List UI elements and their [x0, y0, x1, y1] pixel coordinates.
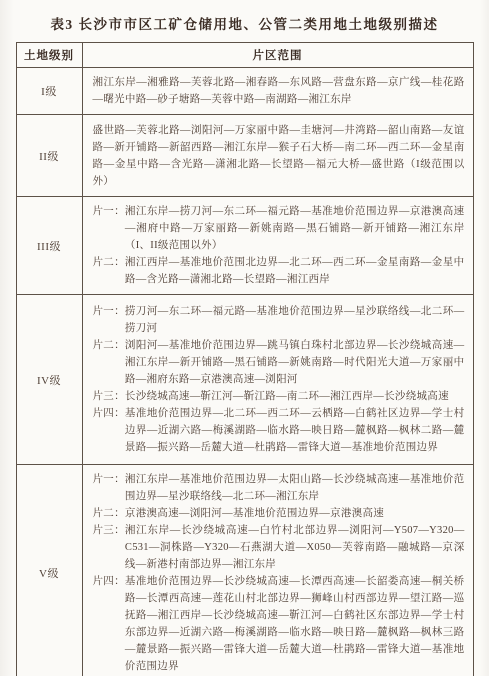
- zone-text: 基准地价范围边界—北二环—西二环—云栖路—白鹤社区边界—学士村边界—近湖六路—梅…: [125, 405, 465, 456]
- zone-text: 湘江西岸—基准地价范围北边界—北二环—西二环—金星南路—金星中路—含光路—潇湘北…: [125, 254, 465, 288]
- zone-item: 盛世路—芙蓉北路—浏阳河—万家丽中路—圭塘河—井湾路—韶山南路—友谊路—新开铺路…: [93, 122, 465, 190]
- table-row-grade-3: III级 片一： 湘江东岸—捞刀河—东二环—福元路—基准地价范围边界—京港澳高速…: [16, 197, 473, 295]
- zone-label: 片二：: [93, 505, 125, 522]
- zone-range-cell: 盛世路—芙蓉北路—浏阳河—万家丽中路—圭塘河—井湾路—韶山南路—友谊路—新开铺路…: [82, 115, 473, 197]
- table-row-grade-4: IV级 片一： 捞刀河—东二环—福元路—基准地价范围边界—星沙联络线—北二环—捞…: [16, 295, 473, 465]
- zone-text: 捞刀河—东二环—福元路—基准地价范围边界—星沙联络线—北二环—捞刀河: [125, 303, 465, 337]
- scanned-page: 表3 长沙市市区工矿仓储用地、公管二类用地土地级别描述 土地级别 片区范围 I级…: [0, 0, 489, 676]
- zone-label: 片三：: [93, 522, 125, 573]
- zone-item: 湘江东岸—湘雅路—芙蓉北路—湘春路—东风路—营盘东路—京广线—桂花路—曙光中路—…: [93, 74, 465, 108]
- zone-text: 长沙绕城高速—靳江河—靳江路—南二环—湘江西岸—长沙绕城高速: [125, 388, 465, 405]
- grade-cell: IV级: [16, 295, 82, 465]
- zone-text: 湘江东岸—长沙绕城高速—白竹村北部边界—浏阳河—Y507—Y320—C531—洞…: [125, 522, 465, 573]
- grade-cell: II级: [16, 115, 82, 197]
- zone-item: 片四： 基准地价范围边界—北二环—西二环—云栖路—白鹤社区边界—学士村边界—近湖…: [93, 405, 465, 456]
- zone-label: 片一：: [93, 203, 125, 254]
- table-header-row: 土地级别 片区范围: [16, 43, 473, 68]
- zone-range-cell: 片一： 捞刀河—东二环—福元路—基准地价范围边界—星沙联络线—北二环—捞刀河 片…: [82, 295, 473, 465]
- zone-item: 片一： 湘江东岸—捞刀河—东二环—福元路—基准地价范围边界—京港澳高速—湘府中路…: [93, 203, 465, 254]
- zone-item: 片二： 湘江西岸—基准地价范围北边界—北二环—西二环—金星南路—金星中路—含光路…: [93, 254, 465, 288]
- zone-item: 片一： 捞刀河—东二环—福元路—基准地价范围边界—星沙联络线—北二环—捞刀河: [93, 303, 465, 337]
- zone-item: 片三： 长沙绕城高速—靳江河—靳江路—南二环—湘江西岸—长沙绕城高速: [93, 388, 465, 405]
- zone-item: 片三： 湘江东岸—长沙绕城高速—白竹村北部边界—浏阳河—Y507—Y320—C5…: [93, 522, 465, 573]
- grade-cell: I级: [16, 68, 82, 115]
- zone-label: 片四：: [93, 405, 125, 456]
- zone-label: 片二：: [93, 337, 125, 388]
- zone-text: 京港澳高速—浏阳河—基准地价范围边界—京港澳高速: [125, 505, 465, 522]
- table-row-grade-1: I级 湘江东岸—湘雅路—芙蓉北路—湘春路—东风路—营盘东路—京广线—桂花路—曙光…: [16, 68, 473, 115]
- zone-label: 片三：: [93, 388, 125, 405]
- zone-item: 片一： 湘江东岸—基准地价范围边界—太阳山路—长沙绕城高速—基准地价范围边界—星…: [93, 471, 465, 505]
- zone-item: 片四： 基准地价范围边界—长沙绕城高速—长潭西高速—长韶娄高速—桐关桥路—长潭西…: [93, 573, 465, 675]
- zone-item: 片二： 京港澳高速—浏阳河—基准地价范围边界—京港澳高速: [93, 505, 465, 522]
- header-zone-range: 片区范围: [82, 43, 473, 68]
- zone-text: 湘江东岸—湘雅路—芙蓉北路—湘春路—东风路—营盘东路—京广线—桂花路—曙光中路—…: [93, 74, 465, 108]
- grade-cell: III级: [16, 197, 82, 295]
- zone-label: 片二：: [93, 254, 125, 288]
- zone-text: 湘江东岸—捞刀河—东二环—福元路—基准地价范围边界—京港澳高速—湘府中路—万家丽…: [125, 203, 465, 254]
- table-title: 表3 长沙市市区工矿仓储用地、公管二类用地土地级别描述: [0, 13, 489, 33]
- zone-text: 基准地价范围边界—长沙绕城高速—长潭西高速—长韶娄高速—桐关桥路—长潭西高速—莲…: [125, 573, 465, 675]
- zone-text: 湘江东岸—基准地价范围边界—太阳山路—长沙绕城高速—基准地价范围边界—星沙联络线…: [125, 471, 465, 505]
- zone-item: 片二： 浏阳河—基准地价范围边界—跳马镇白珠村北部边界—长沙绕城高速—湘江东岸—…: [93, 337, 465, 388]
- land-grade-table: 土地级别 片区范围 I级 湘江东岸—湘雅路—芙蓉北路—湘春路—东风路—营盘东路—…: [16, 42, 474, 676]
- zone-range-cell: 湘江东岸—湘雅路—芙蓉北路—湘春路—东风路—营盘东路—京广线—桂花路—曙光中路—…: [82, 68, 473, 115]
- zone-text: 盛世路—芙蓉北路—浏阳河—万家丽中路—圭塘河—井湾路—韶山南路—友谊路—新开铺路…: [93, 122, 465, 190]
- zone-range-cell: 片一： 湘江东岸—基准地价范围边界—太阳山路—长沙绕城高速—基准地价范围边界—星…: [82, 465, 473, 676]
- table-row-grade-5: V级 片一： 湘江东岸—基准地价范围边界—太阳山路—长沙绕城高速—基准地价范围边…: [16, 465, 473, 676]
- table-row-grade-2: II级 盛世路—芙蓉北路—浏阳河—万家丽中路—圭塘河—井湾路—韶山南路—友谊路—…: [16, 115, 473, 197]
- header-land-grade: 土地级别: [16, 43, 82, 68]
- grade-cell: V级: [16, 465, 82, 676]
- zone-range-cell: 片一： 湘江东岸—捞刀河—东二环—福元路—基准地价范围边界—京港澳高速—湘府中路…: [82, 197, 473, 295]
- zone-label: 片四：: [93, 573, 125, 675]
- zone-label: 片一：: [93, 471, 125, 505]
- zone-text: 浏阳河—基准地价范围边界—跳马镇白珠村北部边界—长沙绕城高速—湘江东岸—新开铺路…: [125, 337, 465, 388]
- zone-label: 片一：: [93, 303, 125, 337]
